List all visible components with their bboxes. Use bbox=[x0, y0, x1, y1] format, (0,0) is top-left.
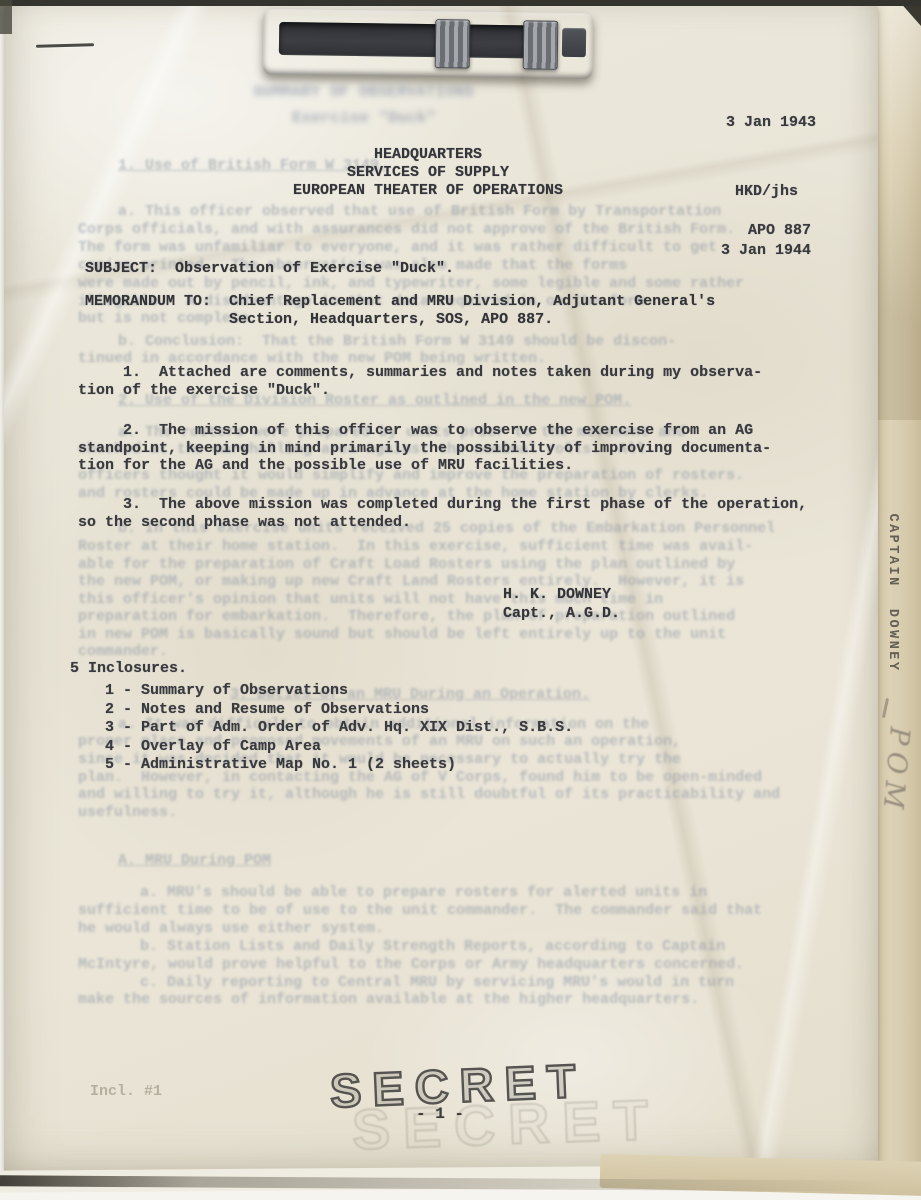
inclosures-list: 1 - Summary of Observations2 - Notes and… bbox=[105, 682, 573, 775]
ghost-bleed-line: in new POM is basically sound but should… bbox=[78, 626, 726, 643]
binder-clip-end-tab bbox=[562, 28, 586, 57]
inclosure-item: 3 - Part of Adm. Order of Adv. Hq. XIX D… bbox=[105, 719, 573, 738]
inclosure-item: 2 - Notes and Resume of Observations bbox=[105, 701, 573, 720]
inclosure-item: 1 - Summary of Observations bbox=[105, 682, 573, 701]
ghost-bleed-line: he would always use either system. bbox=[78, 920, 384, 937]
ghost-bleed-line: The form was unfamiliar to everyone, and… bbox=[78, 239, 717, 256]
date-top-right: 3 Jan 1943 bbox=[700, 114, 816, 132]
ghost-bleed-line: were made out by pencil, ink, and typewr… bbox=[78, 275, 744, 292]
incl-footer-note: Incl. #1 bbox=[90, 1083, 162, 1101]
paragraph-2: 2. The mission of this officer was to ob… bbox=[78, 422, 771, 475]
memorandum-to: MEMORANDUM TO: Chief Replacement and MRU… bbox=[85, 293, 715, 328]
binder-clip bbox=[263, 9, 594, 80]
ghost-bleed-line: sufficient time to be of use to the unit… bbox=[78, 902, 762, 919]
subject-line: SUBJECT: Observation of Exercise "Duck". bbox=[85, 260, 454, 278]
ghost-bleed-line: preparation for embarkation. Therefore, … bbox=[78, 608, 735, 625]
binder-clip-channel bbox=[279, 22, 541, 59]
ghost-bleed-line: the new POM, or making up new Craft Land… bbox=[78, 573, 744, 590]
scanned-memo-page: SUMMARY OF OBSERVATIONSExercise "Duck"1.… bbox=[0, 0, 921, 1200]
ghost-bleed-line: a. This officer observed that use of Bri… bbox=[118, 203, 721, 220]
ghost-bleed-line: Exercise "Duck" bbox=[292, 110, 436, 127]
ghost-bleed-line: a. MRU's should be able to prepare roste… bbox=[140, 884, 707, 901]
ghost-bleed-line: Corps officials, and with assurances did… bbox=[78, 221, 735, 238]
ghost-bleed-line: make the sources of information availabl… bbox=[78, 991, 699, 1008]
office-reference: HKD/jhs bbox=[735, 183, 798, 201]
ghost-bleed-line: b. Conclusion: That the British Form W 3… bbox=[118, 333, 676, 350]
margin-vertical-label: CAPTAIN DOWNEY bbox=[878, 493, 900, 693]
ghost-bleed-line: Roster at their home station. In this ex… bbox=[78, 538, 753, 555]
ghost-bleed-line: McIntyre, would prove helpful to the Cor… bbox=[78, 956, 744, 973]
scan-top-edge bbox=[0, 0, 921, 6]
binder-clip-slider-left bbox=[435, 19, 471, 68]
page-number: - 1 - bbox=[416, 1106, 464, 1124]
inclosures-title: 5 Inclosures. bbox=[70, 660, 187, 678]
ghost-bleed-line: b. Station Lists and Daily Strength Repo… bbox=[140, 938, 725, 955]
ghost-bleed-line: and willing to try it, although he is st… bbox=[78, 786, 780, 803]
paragraph-3: 3. The above mission was completed durin… bbox=[78, 496, 807, 531]
inclosure-item: 4 - Overlay of Camp Area bbox=[105, 738, 573, 757]
letterhead: HEADQUARTERS SERVICES OF SUPPLY EUROPEAN… bbox=[230, 146, 626, 200]
binder-clip-slider-right bbox=[523, 20, 559, 69]
ghost-bleed-line: able for the preparation of Craft Load R… bbox=[78, 556, 735, 573]
apo-and-date: APO 887 3 Jan 1944 bbox=[700, 221, 811, 260]
inclosure-item: 5 - Administrative Map No. 1 (2 sheets) bbox=[105, 756, 573, 775]
ghost-bleed-line: usefulness. bbox=[78, 804, 177, 821]
paragraph-1: 1. Attached are comments, summaries and … bbox=[78, 364, 762, 399]
ghost-bleed-line: commander. bbox=[78, 643, 168, 660]
ghost-bleed-line: SUMMARY OF OBSERVATIONS bbox=[253, 84, 474, 101]
signature-block: H. K. DOWNEY Capt., A.G.D. bbox=[503, 586, 620, 623]
ghost-bleed-line: A. MRU During POM bbox=[118, 852, 271, 869]
ghost-bleed-line: c. Daily reporting to Central MRU by ser… bbox=[140, 974, 734, 991]
scan-top-left-mark bbox=[0, 0, 12, 34]
